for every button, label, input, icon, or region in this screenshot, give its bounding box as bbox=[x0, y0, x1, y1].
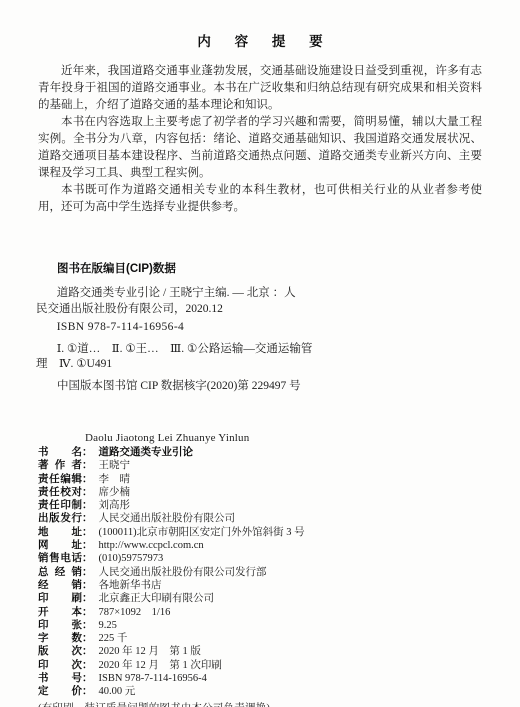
row-colon: ： bbox=[82, 473, 93, 485]
row-label: 责任印制 bbox=[38, 499, 82, 512]
row-value: 2020 年 12 月 第 1 次印刷 bbox=[99, 660, 222, 671]
row-value: 各地新华书店 bbox=[99, 580, 162, 591]
row-value: 席少楠 bbox=[99, 487, 131, 498]
row-label: 地址 bbox=[38, 526, 82, 539]
row-label: 经销 bbox=[38, 579, 82, 592]
row-label: 责任编辑 bbox=[38, 473, 82, 486]
cip-record-number: 中国版本图书馆 CIP 数据核字(2020)第 229497 号 bbox=[57, 379, 484, 395]
row-label: 字数 bbox=[38, 632, 82, 645]
cip-index-line-2: 理 Ⅳ. ①U491 bbox=[36, 357, 484, 373]
row-colon: ： bbox=[82, 619, 93, 631]
row-colon: ： bbox=[82, 579, 93, 591]
row-label: 责任校对 bbox=[38, 486, 82, 499]
row-colon: ： bbox=[82, 592, 93, 604]
row-label: 书名 bbox=[38, 446, 82, 459]
summary-paragraph-2: 本书在内容选取上主要考虑了初学者的学习兴趣和需要，简明易懂，辅以大量工程实例。全… bbox=[38, 114, 482, 182]
content-summary-title: 内 容 提 要 bbox=[0, 0, 520, 50]
colophon-row-proofreader: 责任校对：席少楠 bbox=[38, 486, 484, 499]
row-value: http://www.ccpcl.com.cn bbox=[99, 540, 204, 551]
colophon-row-editor: 责任编辑：李 晴 bbox=[38, 473, 484, 486]
quality-exchange-note: (有印刷、装订质量问题的图书由本公司负责调换) bbox=[38, 700, 484, 707]
row-colon: ： bbox=[82, 685, 93, 697]
colophon-row-sales-phone: 销售电话：(010)59757973 bbox=[38, 552, 484, 565]
row-value: 道路交通类专业引论 bbox=[99, 446, 194, 458]
colophon-row-website: 网址：http://www.ccpcl.com.cn bbox=[38, 539, 484, 552]
row-colon: ： bbox=[82, 526, 93, 538]
row-colon: ： bbox=[82, 539, 93, 551]
colophon-row-printer: 印刷：北京鑫正大印刷有限公司 bbox=[38, 592, 484, 605]
row-colon: ： bbox=[82, 446, 93, 458]
cip-publisher-line: 民交通出版社股份有限公司，2020.12 bbox=[36, 302, 484, 318]
colophon-section: Daolu Jiaotong Lei Zhuanye Yinlun 书名：道路交… bbox=[38, 432, 484, 707]
row-value: 787×1092 1/16 bbox=[99, 607, 171, 618]
row-value: 40.00 元 bbox=[99, 686, 136, 697]
row-colon: ： bbox=[82, 499, 93, 511]
row-label: 出版发行 bbox=[38, 512, 82, 525]
cip-isbn: ISBN 978-7-114-16956-4 bbox=[36, 320, 484, 336]
row-label: 印刷 bbox=[38, 592, 82, 605]
row-label: 书号 bbox=[38, 672, 82, 685]
cip-heading: 图书在版编目(CIP)数据 bbox=[57, 260, 484, 276]
summary-paragraph-3: 本书既可作为道路交通相关专业的本科生教材，也可供相关行业的从业者参考使用，还可为… bbox=[38, 182, 482, 216]
colophon-row-book-number: 书号：ISBN 978-7-114-16956-4 bbox=[38, 672, 484, 685]
row-colon: ： bbox=[82, 512, 93, 524]
row-colon: ： bbox=[82, 659, 93, 671]
colophon-row-general-distributor: 总经销：人民交通出版社股份有限公司发行部 bbox=[38, 566, 484, 579]
row-label: 定价 bbox=[38, 685, 82, 698]
content-summary: 近年来，我国道路交通事业蓬勃发展，交通基础设施建设日益受到重视，许多有志青年投身… bbox=[38, 63, 482, 216]
row-value: 2020 年 12 月 第 1 版 bbox=[99, 646, 201, 657]
colophon-row-distributor: 经销：各地新华书店 bbox=[38, 579, 484, 592]
row-label: 网址 bbox=[38, 539, 82, 552]
row-colon: ： bbox=[82, 486, 93, 498]
colophon-row-format: 开本：787×1092 1/16 bbox=[38, 606, 484, 619]
cip-index-line-1: Ⅰ. ①道… Ⅱ. ①王… Ⅲ. ①公路运输—交通运输管 bbox=[36, 342, 484, 358]
row-colon: ： bbox=[82, 552, 93, 564]
row-value: (010)59757973 bbox=[99, 553, 164, 564]
cip-title-line: 道路交通类专业引论 / 王晓宁主编. — 北京 ：人 bbox=[36, 286, 484, 302]
row-label: 印张 bbox=[38, 619, 82, 632]
row-value: ISBN 978-7-114-16956-4 bbox=[99, 673, 207, 684]
row-label: 销售电话 bbox=[38, 552, 82, 565]
cip-data-section: 图书在版编目(CIP)数据 道路交通类专业引论 / 王晓宁主编. — 北京 ：人… bbox=[36, 260, 484, 394]
row-label: 印次 bbox=[38, 659, 82, 672]
row-value: 王晓宁 bbox=[99, 460, 131, 471]
row-value: 北京鑫正大印刷有限公司 bbox=[99, 593, 215, 604]
row-colon: ： bbox=[82, 672, 93, 684]
row-colon: ： bbox=[82, 645, 93, 657]
row-value: 9.25 bbox=[99, 620, 117, 631]
colophon-row-edition: 版次：2020 年 12 月 第 1 版 bbox=[38, 645, 484, 658]
colophon-row-printed-sheets: 印张：9.25 bbox=[38, 619, 484, 632]
row-label: 开本 bbox=[38, 606, 82, 619]
row-value: 人民交通出版社股份有限公司发行部 bbox=[99, 567, 267, 578]
row-colon: ： bbox=[82, 459, 93, 471]
row-value: 刘高彤 bbox=[99, 500, 131, 511]
colophon-row-print-supervisor: 责任印制：刘高彤 bbox=[38, 499, 484, 512]
row-value: (100011)北京市朝阳区安定门外外馆斜街 3 号 bbox=[99, 527, 305, 538]
row-label: 版次 bbox=[38, 645, 82, 658]
summary-paragraph-1: 近年来，我国道路交通事业蓬勃发展，交通基础设施建设日益受到重视，许多有志青年投身… bbox=[38, 63, 482, 114]
row-value: 人民交通出版社股份有限公司 bbox=[99, 513, 236, 524]
colophon-row-publisher: 出版发行：人民交通出版社股份有限公司 bbox=[38, 512, 484, 525]
colophon-row-book-title: 书名：道路交通类专业引论 bbox=[38, 446, 484, 459]
row-colon: ： bbox=[82, 606, 93, 618]
row-value: 李 晴 bbox=[99, 474, 131, 485]
book-copyright-page: 内 容 提 要 近年来，我国道路交通事业蓬勃发展，交通基础设施建设日益受到重视，… bbox=[0, 0, 520, 707]
colophon-row-word-count: 字数：225 千 bbox=[38, 632, 484, 645]
colophon-row-impression: 印次：2020 年 12 月 第 1 次印刷 bbox=[38, 659, 484, 672]
row-label: 著作者 bbox=[38, 459, 82, 472]
row-value: 225 千 bbox=[99, 633, 128, 644]
colophon-row-author: 著作者：王晓宁 bbox=[38, 459, 484, 472]
row-label: 总经销 bbox=[38, 566, 82, 579]
book-title-pinyin: Daolu Jiaotong Lei Zhuanye Yinlun bbox=[85, 432, 484, 444]
row-colon: ： bbox=[82, 566, 93, 578]
colophon-row-address: 地址：(100011)北京市朝阳区安定门外外馆斜街 3 号 bbox=[38, 526, 484, 539]
row-colon: ： bbox=[82, 632, 93, 644]
colophon-row-price: 定价：40.00 元 bbox=[38, 685, 484, 698]
